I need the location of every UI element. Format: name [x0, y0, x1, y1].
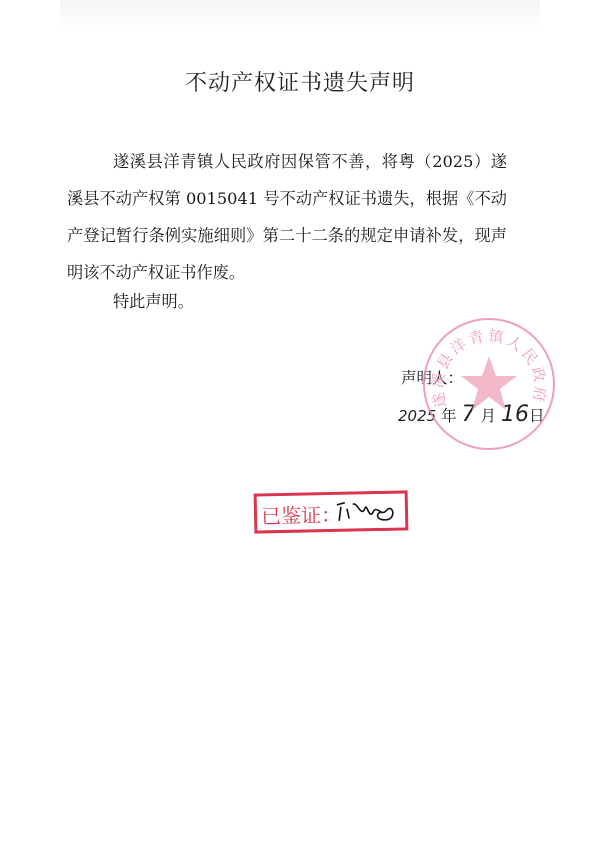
- document-title: 不动产权证书遗失声明: [0, 66, 600, 97]
- star-icon: [457, 352, 521, 416]
- verification-stamp: 已鉴证：: [254, 490, 409, 533]
- scan-bleed-through: [60, 0, 540, 30]
- closing-statement: 特此声明。: [113, 283, 194, 320]
- verification-label: 已鉴证：: [261, 499, 342, 530]
- official-seal: 遂溪县洋青镇人民政府: [423, 318, 555, 450]
- signature-icon: [331, 496, 402, 527]
- declaration-body: 遂溪县洋青镇人民政府因保管不善，将粤（2025）遂溪县不动产权第 0015041…: [67, 143, 507, 291]
